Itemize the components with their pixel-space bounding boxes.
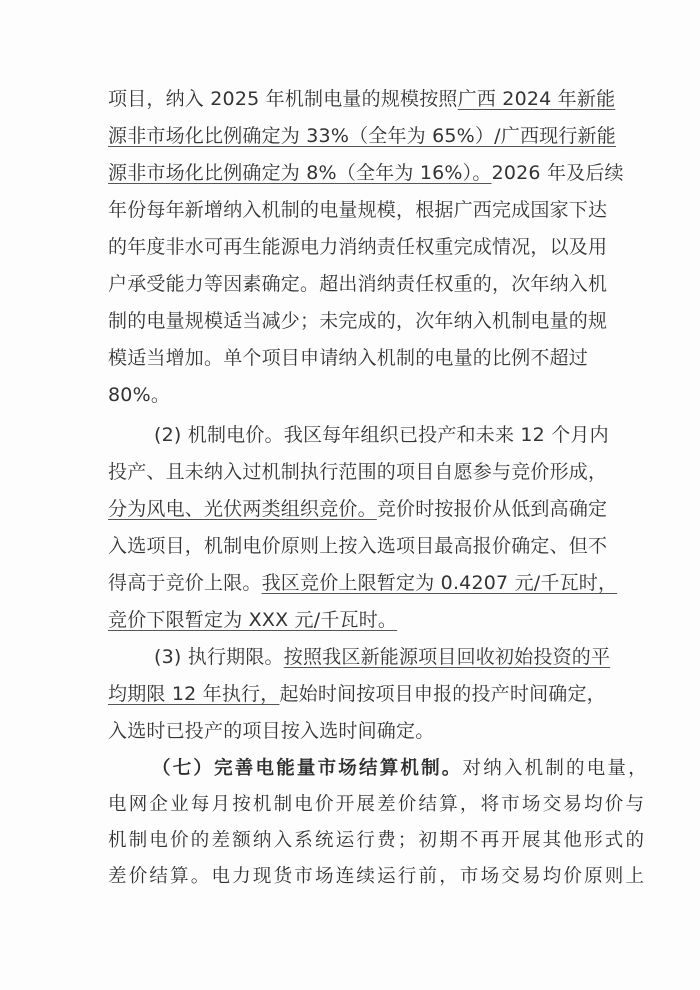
text-line: 投产、且未纳入过机制执行范围的项目自愿参与竞价形成， bbox=[108, 457, 607, 487]
text-line: 分为风电、光伏两类组织竞价。竞价时按报价从低到高确定 bbox=[108, 494, 607, 524]
text-segment: 竞价时按报价从低到高确定 bbox=[377, 498, 607, 520]
text-segment: 电网企业每月按机制电价开展差价结算，将市场交易均价与 bbox=[108, 794, 646, 815]
text-line: 户承受能力等因素确定。超出消纳责任权重的，次年纳入机 bbox=[108, 269, 607, 299]
text-segment: 年份每年新增纳入机制的电量规模，根据广西完成国家下达 bbox=[108, 199, 607, 221]
text-line: 源非市场化比例确定为 33%（全年为 65%）/广西现行新能 bbox=[108, 121, 616, 151]
text-segment: 项目，纳入 2025 年机制电量的规模按照 bbox=[108, 88, 458, 110]
text-segment: 制的电量规模适当减少；未完成的，次年纳入机制电量的规 bbox=[108, 310, 607, 332]
underlined-text: 均期限 12 年执行， bbox=[108, 683, 279, 705]
text-segment: (2) 机制电价。我区每年组织已投产和未来 12 个月内 bbox=[154, 424, 609, 446]
underlined-text: 广西 2024 年新能 bbox=[458, 88, 616, 110]
text-segment: (3) 执行期限。 bbox=[154, 646, 284, 668]
text-line: 项目，纳入 2025 年机制电量的规模按照广西 2024 年新能 bbox=[108, 84, 615, 114]
text-line: 源非市场化比例确定为 8%（全年为 16%）。2026 年及后续 bbox=[108, 158, 624, 188]
text-line: 年份每年新增纳入机制的电量规模，根据广西完成国家下达 bbox=[108, 195, 607, 225]
text-line: 制的电量规模适当减少；未完成的，次年纳入机制电量的规 bbox=[108, 306, 607, 336]
text-line: 模适当增加。单个项目申请纳入机制的电量的比例不超过 bbox=[108, 343, 588, 373]
underlined-text: 源非市场化比例确定为 8%（全年为 16%）。 bbox=[108, 162, 492, 184]
document-page: 项目，纳入 2025 年机制电量的规模按照广西 2024 年新能 源非市场化比例… bbox=[0, 0, 700, 990]
text-line: 得高于竞价上限。我区竞价上限暂定为 0.4207 元/千瓦时， bbox=[108, 568, 617, 598]
text-segment: 对纳入机制的电量， bbox=[463, 758, 649, 779]
underlined-text: 源非市场化比例确定为 33%（全年为 65%）/广西现行新能 bbox=[108, 125, 616, 147]
text-line: 均期限 12 年执行，起始时间按项目申报的投产时间确定， bbox=[108, 679, 606, 709]
text-segment: 模适当增加。单个项目申请纳入机制的电量的比例不超过 bbox=[108, 347, 588, 369]
section-heading: （七）完善电能量市场结算机制。 bbox=[152, 758, 463, 779]
underlined-text: 我区竞价上限暂定为 0.4207 元/千瓦时， bbox=[262, 572, 618, 594]
text-segment: 投产、且未纳入过机制执行范围的项目自愿参与竞价形成， bbox=[108, 461, 607, 483]
text-line: 竞价下限暂定为 XXX 元/千瓦时。 bbox=[108, 605, 397, 635]
text-line: 差价结算。电力现货市场连续运行前，市场交易均价原则上 bbox=[108, 862, 646, 892]
text-segment: 入选项目，机制电价原则上按入选项目最高报价确定、但不 bbox=[108, 535, 607, 557]
text-line: 机制电价的差额纳入系统运行费；初期不再开展其他形式的 bbox=[108, 826, 646, 856]
text-segment: 起始时间按项目申报的投产时间确定， bbox=[279, 683, 605, 705]
text-segment: 2026 年及后续 bbox=[492, 162, 624, 184]
text-line: (2) 机制电价。我区每年组织已投产和未来 12 个月内 bbox=[108, 420, 609, 450]
underlined-text: 分为风电、光伏两类组织竞价。 bbox=[108, 498, 377, 520]
text-line: 入选项目，机制电价原则上按入选项目最高报价确定、但不 bbox=[108, 531, 607, 561]
text-segment: 的年度非水可再生能源电力消纳责任权重完成情况，以及用 bbox=[108, 236, 607, 258]
text-line: 电网企业每月按机制电价开展差价结算，将市场交易均价与 bbox=[108, 790, 646, 820]
text-line: (3) 执行期限。按照我区新能源项目回收初始投资的平 bbox=[108, 642, 610, 672]
underlined-text: 竞价下限暂定为 XXX 元/千瓦时。 bbox=[108, 609, 397, 631]
text-line: 入选时已投产的项目按入选时间确定。 bbox=[108, 716, 434, 746]
text-segment: 机制电价的差额纳入系统运行费；初期不再开展其他形式的 bbox=[108, 830, 646, 851]
text-segment: 入选时已投产的项目按入选时间确定。 bbox=[108, 720, 434, 742]
text-line: 80%。 bbox=[108, 380, 170, 410]
text-segment: 户承受能力等因素确定。超出消纳责任权重的，次年纳入机 bbox=[108, 273, 607, 295]
underlined-text: 按照我区新能源项目回收初始投资的平 bbox=[284, 646, 610, 668]
text-segment: 得高于竞价上限。 bbox=[108, 572, 262, 594]
text-segment: 80%。 bbox=[108, 384, 170, 406]
text-segment: 差价结算。电力现货市场连续运行前，市场交易均价原则上 bbox=[108, 866, 646, 887]
text-line: （七）完善电能量市场结算机制。对纳入机制的电量， bbox=[152, 754, 649, 784]
text-line: 的年度非水可再生能源电力消纳责任权重完成情况，以及用 bbox=[108, 232, 607, 262]
